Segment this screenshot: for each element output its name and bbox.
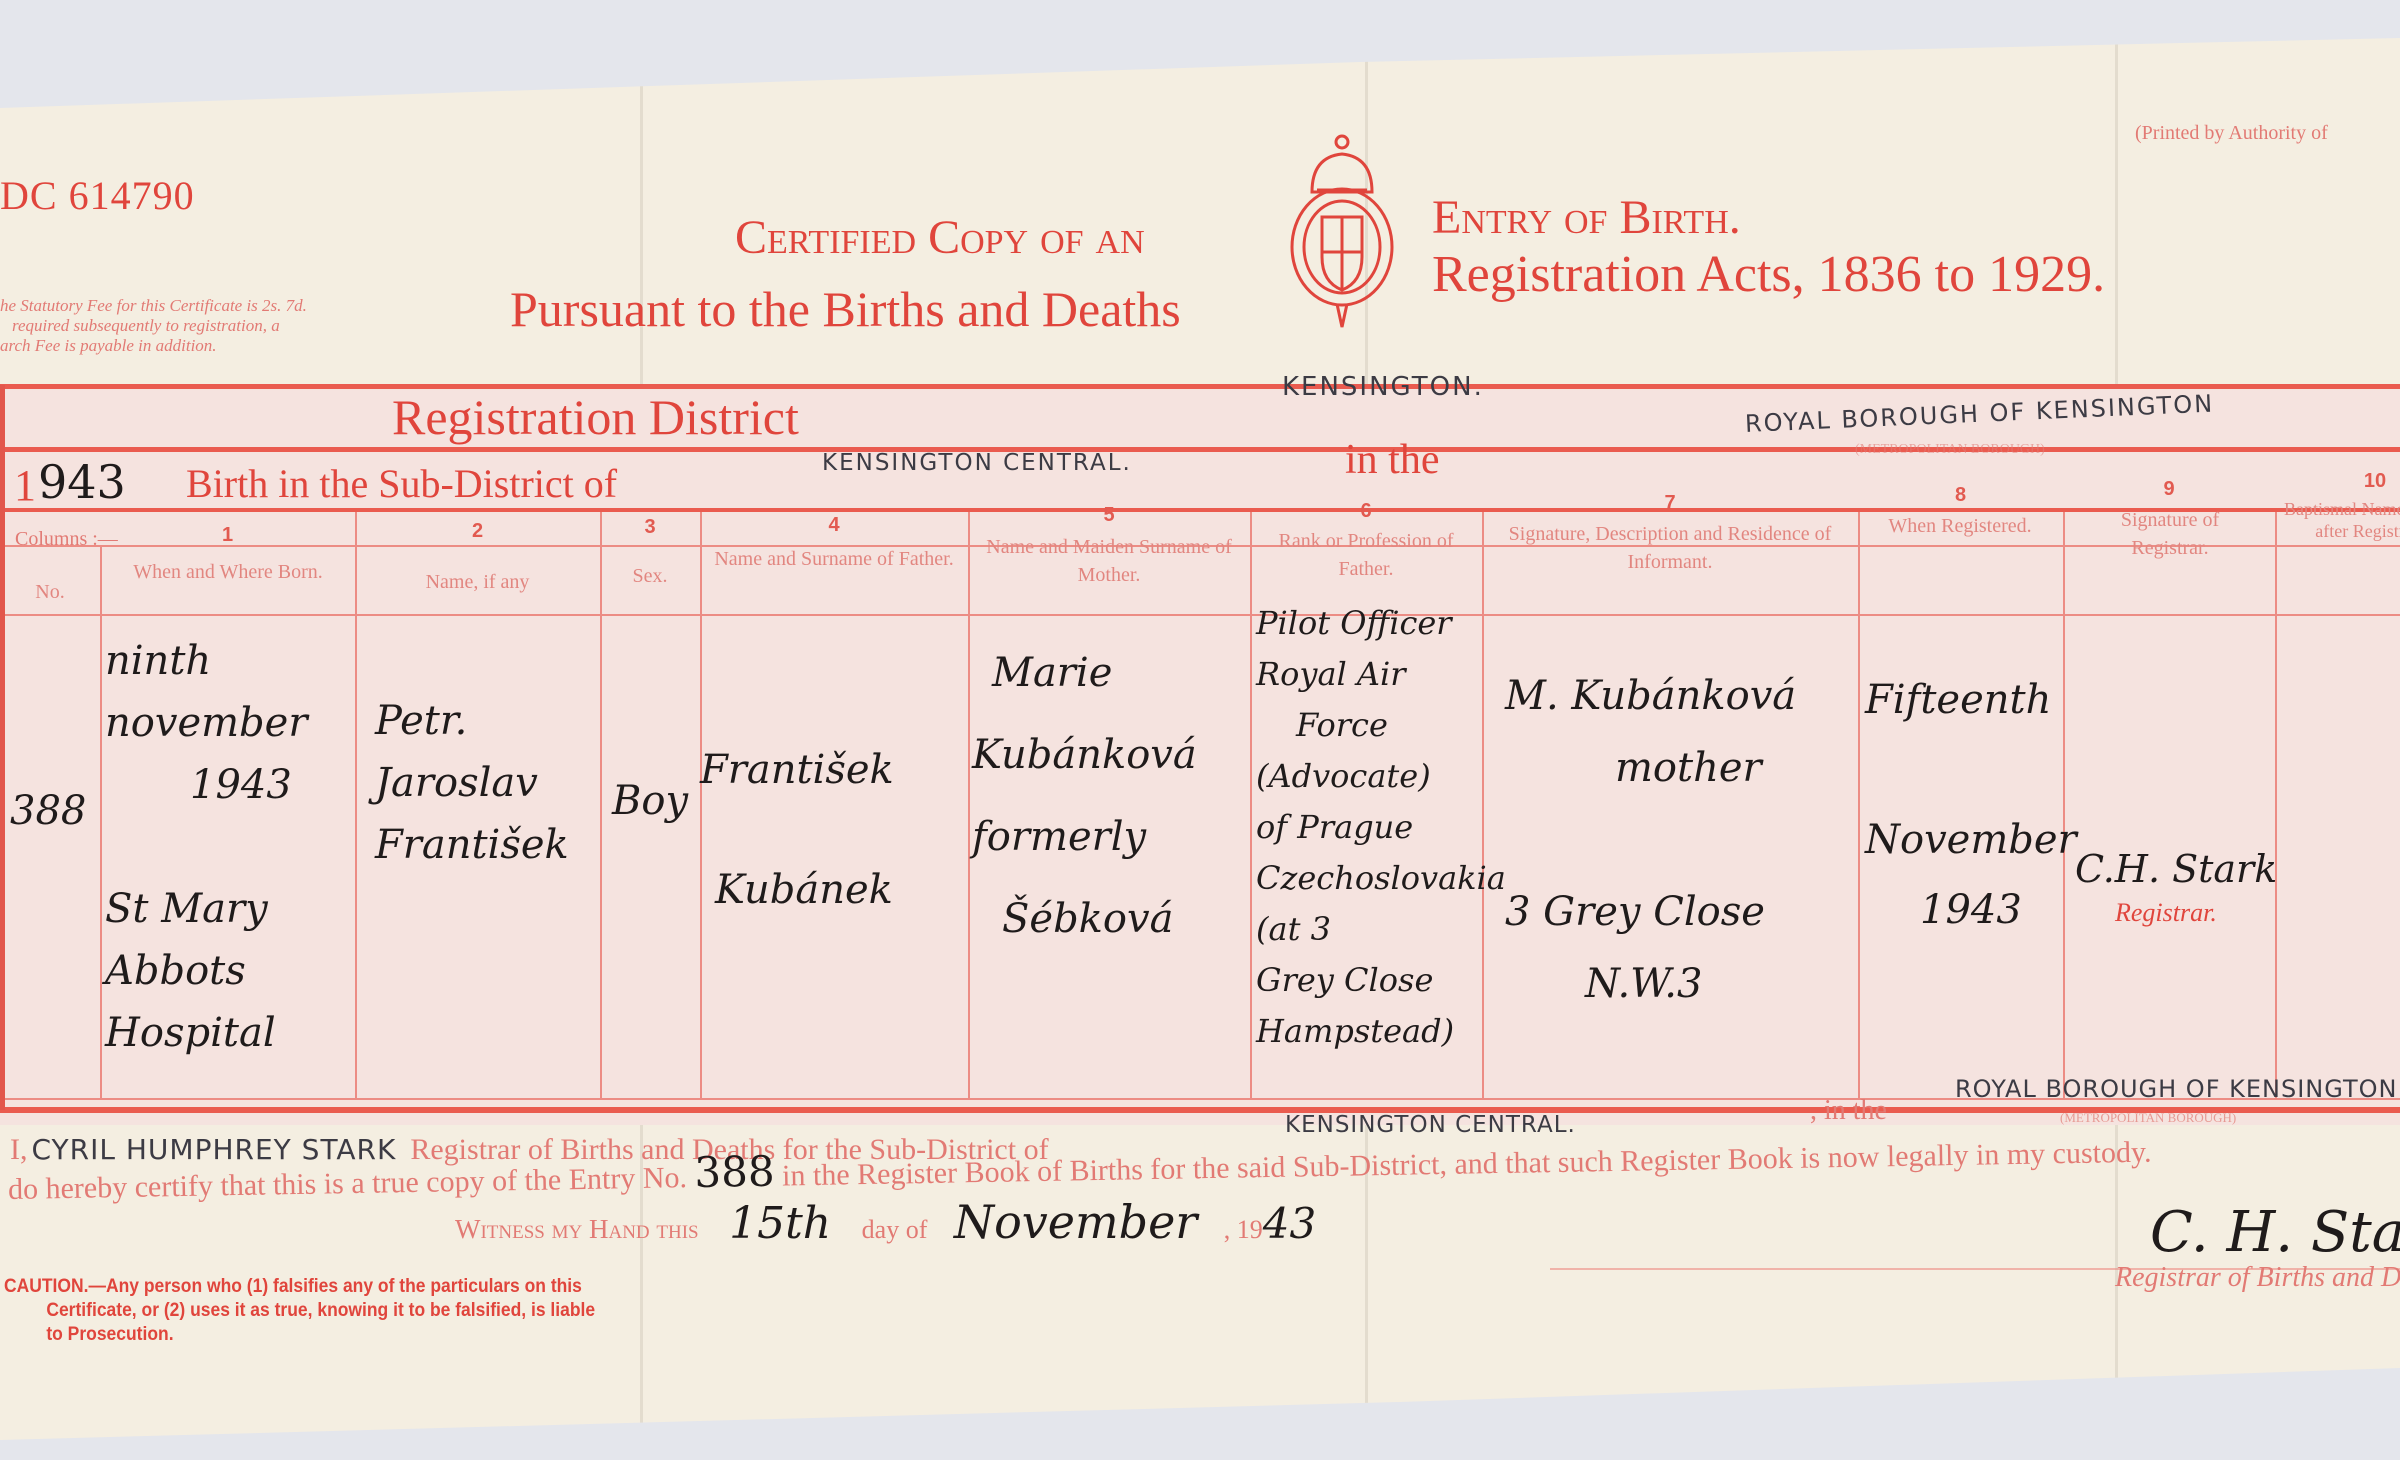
column-header-sex: Sex. (600, 562, 700, 590)
informant-line (1505, 804, 1796, 876)
column-number: 5 (968, 504, 1250, 527)
father-name-line: Kubánek (700, 830, 894, 950)
column-number: 9 (2063, 478, 2275, 501)
entry-father-name: František Kubánek (700, 710, 894, 950)
cert-line2-end: in the Register Book of Births for the s… (782, 1136, 2152, 1193)
caution-line: to Prosecution. (4, 1323, 595, 1347)
column-header-no: No. (0, 578, 100, 606)
witness-month: November (954, 1195, 1197, 1249)
column-number: 6 (1250, 500, 1482, 523)
entry-informant: M. Kubánková mother 3 Grey Close N.W.3 (1505, 660, 1796, 1020)
rule (0, 614, 2400, 616)
rule (0, 385, 5, 1110)
when-where-line: november (105, 692, 307, 754)
profession-line: Czechoslovakia (1256, 853, 1506, 904)
witness-day-of: day of (862, 1215, 928, 1244)
column-divider (2275, 512, 2277, 1100)
column-divider (600, 512, 602, 1100)
certificate-serial: DC 614790 (0, 172, 195, 219)
entry-father-profession: Pilot Officer Royal Air Force (Advocate)… (1256, 598, 1506, 1057)
profession-line: Pilot Officer (1256, 598, 1506, 649)
column-header-mother: Name and Maiden Surname of Mother. (968, 533, 1250, 589)
witness-year: 43 (1263, 1199, 1316, 1248)
entry-number: 388 (10, 780, 86, 842)
borough-caption: (METROPOLITAN BOROUGH) (1855, 442, 2045, 458)
entry-when-where-born: ninth november 1943 St Mary Abbots Hospi… (105, 630, 307, 1064)
column-divider (1858, 512, 1860, 1100)
title-right-line1: Entry of Birth. (1432, 190, 1741, 245)
title-left-line2: Pursuant to the Births and Deaths (510, 280, 1181, 338)
entry-child-name: Petr. Jaroslav František (375, 690, 569, 876)
registration-district-label: Registration District (392, 388, 799, 446)
year-handwritten: 943 (38, 455, 126, 509)
column-number: 8 (1858, 484, 2063, 507)
caution-notice: CAUTION.—Any person who (1) falsifies an… (4, 1275, 595, 1347)
witness-year-prefix: , 19 (1224, 1215, 1263, 1244)
printed-by-authority: (Printed by Authority of (2135, 122, 2328, 145)
child-name-line: František (375, 814, 569, 876)
mother-name-line: Kubánková (972, 714, 1197, 796)
profession-line: (Advocate) (1256, 751, 1506, 802)
entry-registrar-signature: C.H. Stark (2075, 838, 2277, 900)
fee-note-line: arch Fee is payable in addition. (0, 336, 307, 356)
column-header-when-where-born: When and Where Born. (118, 558, 338, 586)
sub-district-label: Birth in the Sub-District of (186, 460, 617, 507)
mother-name-line: Šébková (972, 878, 1197, 960)
column-header-when-registered: When Registered. (1880, 512, 2040, 540)
informant-line: M. Kubánková (1505, 660, 1796, 732)
fee-note-line: required subsequently to registration, a (0, 316, 307, 336)
column-number: 2 (355, 520, 600, 543)
title-right-line2: Registration Acts, 1836 to 1929. (1432, 245, 2105, 304)
column-number: 10 (2275, 470, 2400, 493)
column-header-baptismal-name: Baptismal Name, if added after Registrat… (2278, 498, 2400, 542)
registered-line: 1943 (1865, 875, 2077, 945)
profession-line: Force (1256, 700, 1506, 751)
fee-note: he Statutory Fee for this Certificate is… (0, 296, 307, 356)
father-name-line: František (700, 710, 894, 830)
entry-sex: Boy (612, 770, 688, 832)
column-header-father: Name and Surname of Father. (705, 545, 963, 573)
column-divider (355, 512, 357, 1100)
witness-label: Witness my Hand this (455, 1214, 699, 1244)
royal-coat-of-arms-icon (1282, 132, 1402, 332)
child-name-line: Jaroslav (375, 752, 569, 814)
certificate-paper: DC 614790 he Statutory Fee for this Cert… (0, 0, 2400, 1460)
column-number: 1 (100, 524, 355, 547)
mother-name-line: formerly (972, 796, 1197, 878)
column-header-father-profession: Rank or Profession of Father. (1255, 527, 1477, 583)
fee-note-line: he Statutory Fee for this Certificate is… (0, 296, 307, 316)
rule (0, 1107, 2400, 1113)
profession-line: Hampstead) (1256, 1006, 1506, 1057)
entry-registrar-title: Registrar. (2115, 898, 2217, 928)
column-divider (968, 512, 970, 1100)
cert-borough: ROYAL BOROUGH OF KENSINGTON (1955, 1075, 2398, 1103)
column-number: 7 (1482, 492, 1858, 515)
registration-district-value: KENSINGTON. (1282, 372, 1484, 402)
mother-name-line: Marie (972, 632, 1197, 714)
sub-district-value: KENSINGTON CENTRAL. (822, 450, 1132, 476)
cert-entry-number: 388 (694, 1147, 775, 1197)
informant-line: 3 Grey Close (1505, 876, 1796, 948)
profession-line: of Prague (1256, 802, 1506, 853)
profession-line: Royal Air (1256, 649, 1506, 700)
column-header-registrar-signature: Signature of Registrar. (2080, 506, 2260, 562)
rule (0, 384, 2400, 389)
column-header-informant: Signature, Description and Residence of … (1500, 520, 1840, 576)
when-where-line: Hospital (105, 1002, 307, 1064)
entry-mother-name: Marie Kubánková formerly Šébková (972, 632, 1197, 960)
witness-day: 15th (729, 1198, 831, 1249)
registered-line (1865, 735, 2077, 805)
profession-line: Grey Close (1256, 955, 1506, 1006)
column-header-name: Name, if any (355, 568, 600, 596)
when-where-line: Abbots (105, 940, 307, 1002)
registered-line: November (1865, 805, 2077, 875)
column-number: 4 (700, 514, 968, 537)
profession-line: (at 3 (1256, 904, 1506, 955)
informant-line: N.W.3 (1505, 948, 1796, 1020)
witness-line: Witness my Hand this 15th day of Novembe… (455, 1195, 1316, 1249)
year-prefix: 1 (14, 460, 36, 511)
entry-when-registered: Fifteenth November 1943 (1865, 665, 2077, 945)
informant-line: mother (1505, 732, 1796, 804)
in-the-label: in the (1345, 436, 1439, 484)
when-where-line: 1943 (105, 754, 307, 816)
registrar-signature-title: Registrar of Births and Deaths (2115, 1262, 2400, 1294)
column-number: 3 (600, 516, 700, 539)
when-where-line (105, 816, 307, 878)
registrar-signature: C. H. Stark (2150, 1200, 2400, 1265)
cert-in-the: , in the (1810, 1095, 1887, 1127)
caution-line: Certificate, or (2) uses it as true, kno… (4, 1299, 595, 1323)
child-name-line: Petr. (375, 690, 569, 752)
when-where-line: ninth (105, 630, 307, 692)
caution-line: CAUTION.—Any person who (1) falsifies an… (4, 1275, 595, 1299)
registered-line: Fifteenth (1865, 665, 2077, 735)
column-divider (1250, 512, 1252, 1100)
when-where-line: St Mary (105, 878, 307, 940)
title-left-line1: Certified Copy of an (735, 210, 1145, 265)
column-divider (100, 545, 102, 1100)
